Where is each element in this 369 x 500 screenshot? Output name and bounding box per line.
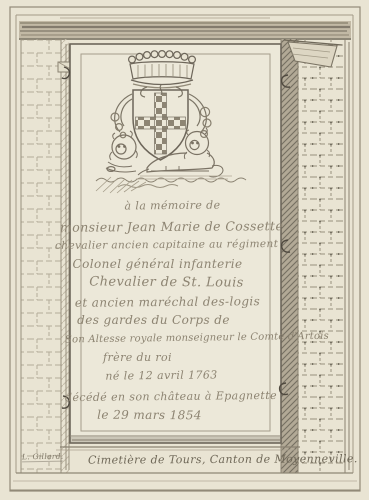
tomb-plaque-drawing [0, 0, 369, 500]
brick-pillar-right [281, 39, 349, 473]
memorial-plaque [56, 44, 300, 450]
brick-pillar-left [21, 39, 76, 473]
archival-drawing-page: à la mémoire de monsieur Jean Marie de C… [0, 0, 369, 500]
lintel-beam [19, 18, 351, 39]
